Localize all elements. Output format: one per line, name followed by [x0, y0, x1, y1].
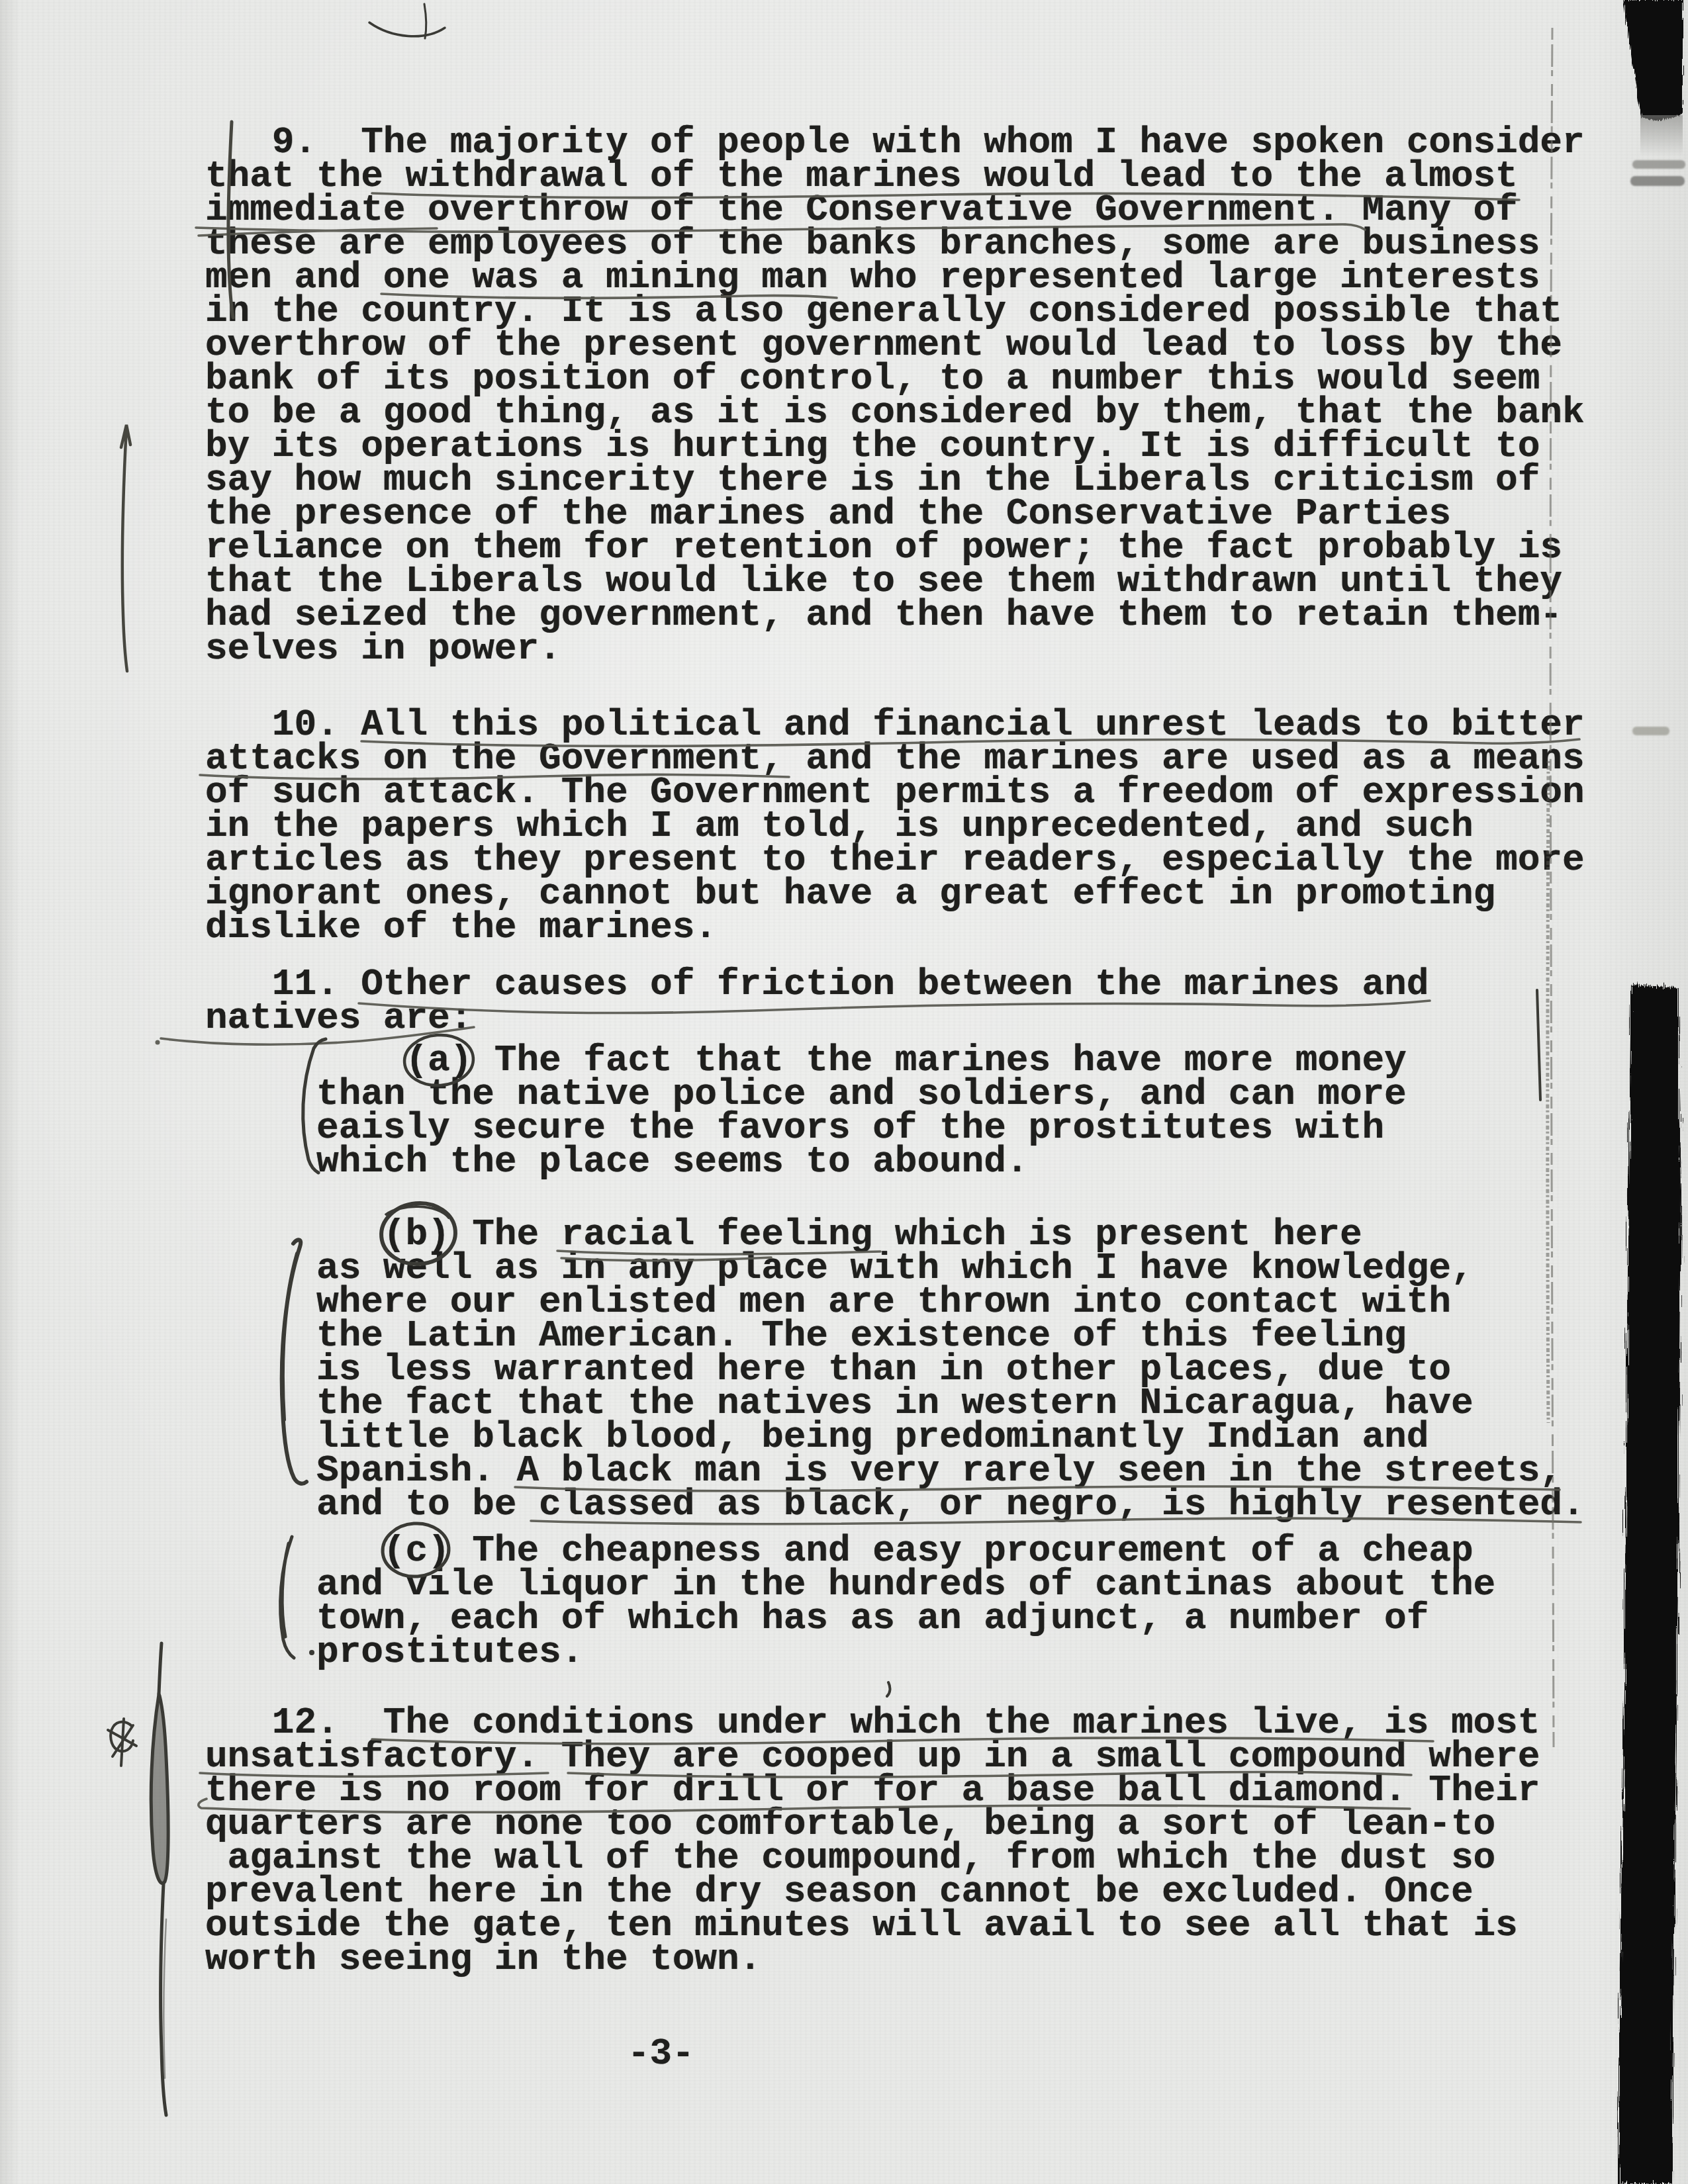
star-doodle [108, 1719, 136, 1766]
top-center-tick-mark [424, 4, 426, 38]
right-edge-dash-2 [1630, 176, 1685, 186]
top-right-bar-fade [1640, 115, 1683, 156]
right-margin-dot [1628, 1294, 1634, 1300]
paragraph-11-intro: 11. Other causes of friction between the… [205, 968, 1429, 1035]
top-center-curve-mark [369, 23, 445, 36]
page-number: -3- [628, 2037, 694, 2071]
paragraph-11-item-a: (a) The fact that the marines have more … [205, 1044, 1407, 1179]
bottom-right-scan-bar [1618, 985, 1681, 2184]
paragraph-10: 10. All this political and financial unr… [205, 708, 1585, 944]
paragraph-12: 12. The conditions under which the marin… [205, 1706, 1540, 1976]
paragraph-12-margin-line-texture [164, 1919, 166, 2078]
right-edge-dash-1 [1632, 160, 1685, 169]
paragraph-12-margin-line-bottom [161, 1884, 166, 2115]
paragraph-12-margin-line-top [159, 1643, 162, 1694]
scanned-document-page: 9. The majority of people with whom I ha… [0, 0, 1688, 2184]
right-edge-dash-mid [1632, 727, 1669, 735]
top-right-scan-bar [1623, 0, 1683, 120]
comma-pen-mark [887, 1682, 890, 1696]
paragraph-12-margin-loop [151, 1694, 168, 1884]
underline-natives-dot [156, 1040, 160, 1045]
paragraph-9: 9. The majority of people with whom I ha… [205, 126, 1585, 666]
paragraph-11-item-c: (c) The cheapness and easy procurement o… [205, 1534, 1495, 1669]
item-a-right-line [1537, 990, 1540, 1100]
paragraph-11-item-b: (b) The racial feeling which is present … [205, 1218, 1585, 1522]
margin-line-paragraph-9-middle [121, 425, 130, 671]
